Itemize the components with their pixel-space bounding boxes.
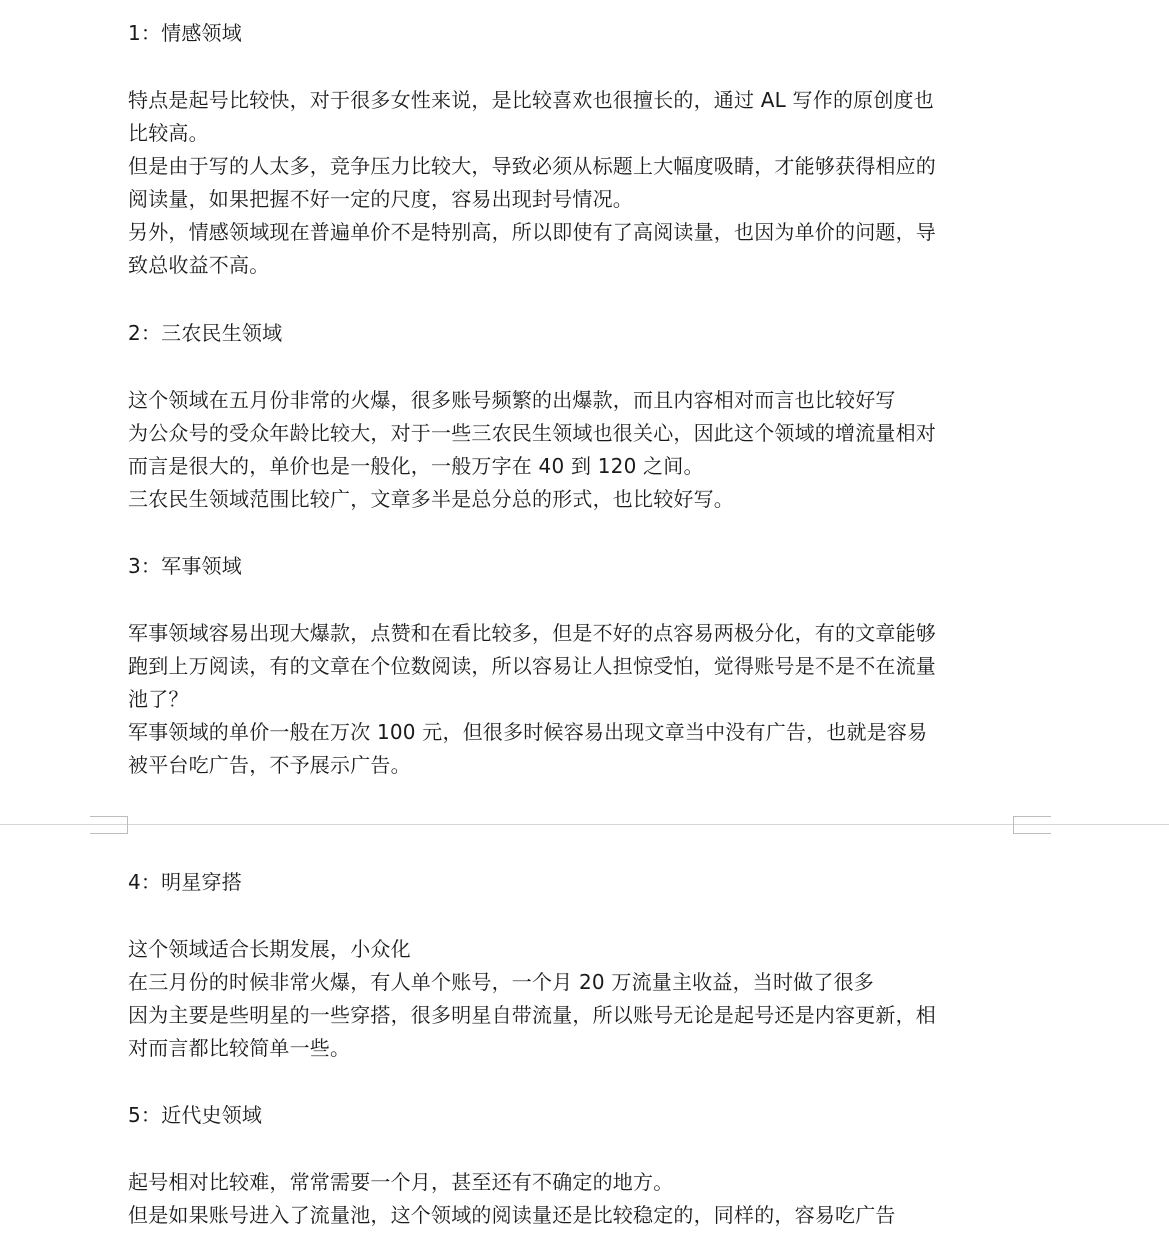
paragraph-line: 致总收益不高。	[128, 249, 269, 282]
paragraph-line: 但是如果账号进入了流量池，这个领域的阅读量还是比较稳定的，同样的，容易吃广告	[128, 1199, 896, 1232]
paragraph-line: 这个领域适合长期发展，小众化	[128, 933, 411, 966]
paragraph-line: 跑到上万阅读，有的文章在个位数阅读，所以容易让人担惊受怕，觉得账号是不是不在流量	[128, 650, 936, 683]
paragraph-line: 而言是很大的，单价也是一般化，一般万字在 40 到 120 之间。	[128, 450, 704, 483]
paragraph-line: 但是由于写的人太多，竞争压力比较大，导致必须从标题上大幅度吸睛，才能够获得相应的	[128, 150, 936, 183]
paragraph-line: 比较高。	[128, 117, 209, 150]
paragraph-line: 对而言都比较简单一些。	[128, 1032, 350, 1065]
section-heading: 3：军事领域	[128, 550, 242, 583]
paragraph-line: 另外，情感领域现在普遍单价不是特别高，所以即使有了高阅读量，也因为单价的问题，导	[128, 216, 936, 249]
paragraph-line: 军事领域的单价一般在万次 100 元，但很多时候容易出现文章当中没有广告，也就是…	[128, 716, 927, 749]
paragraph-line: 池了？	[128, 683, 189, 716]
paragraph-line: 阅读量，如果把握不好一定的尺度，容易出现封号情况。	[128, 183, 633, 216]
paragraph-line: 特点是起号比较快，对于很多女性来说，是比较喜欢也很擅长的，通过 AL 写作的原创…	[128, 84, 934, 117]
paragraph-line: 在三月份的时候非常火爆，有人单个账号，一个月 20 万流量主收益，当时做了很多	[128, 966, 874, 999]
paragraph-line: 为公众号的受众年龄比较大，对于一些三农民生领域也很关心，因此这个领域的增流量相对	[128, 417, 936, 450]
section-heading: 4：明星穿搭	[128, 866, 242, 899]
paragraph-line: 三农民生领域范围比较广，文章多半是总分总的形式，也比较好写。	[128, 483, 734, 516]
paragraph-line: 起号相对比较难，常常需要一个月，甚至还有不确定的地方。	[128, 1166, 673, 1199]
page-corner-mark-left	[90, 816, 128, 834]
paragraph-line: 这个领域在五月份非常的火爆，很多账号频繁的出爆款，而且内容相对而言也比较好写	[128, 384, 896, 417]
paragraph-line: 军事领域容易出现大爆款，点赞和在看比较多，但是不好的点容易两极分化，有的文章能够	[128, 617, 936, 650]
section-heading: 1：情感领域	[128, 17, 242, 50]
section-heading: 5：近代史领域	[128, 1099, 262, 1132]
paragraph-line: 因为主要是些明星的一些穿搭，很多明星自带流量，所以账号无论是起号还是内容更新，相	[128, 999, 936, 1032]
page-break-divider	[0, 824, 1169, 825]
paragraph-line: 被平台吃广告，不予展示广告。	[128, 749, 411, 782]
page-corner-mark-right	[1013, 816, 1051, 834]
section-heading: 2：三农民生领域	[128, 317, 282, 350]
